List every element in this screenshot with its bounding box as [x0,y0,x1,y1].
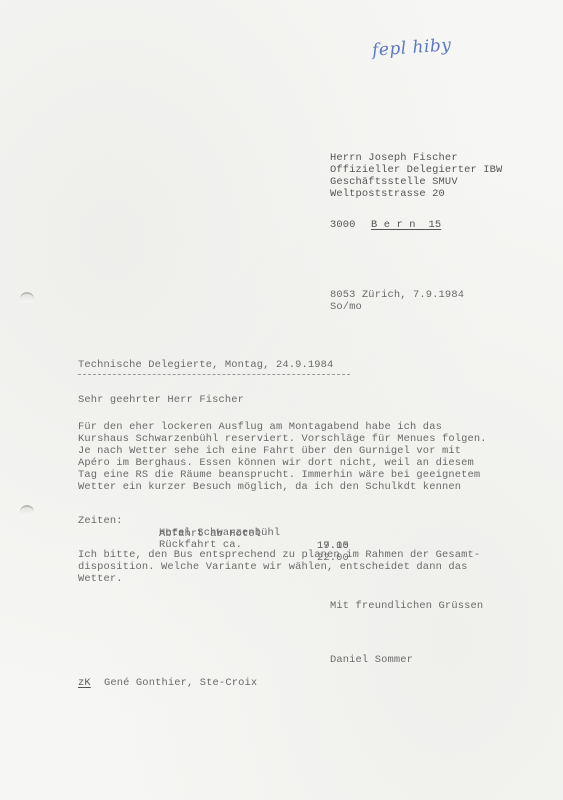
cc-line: zK [78,677,91,689]
recipient-line: Offizieller Delegierter IBW [330,164,502,176]
place-date: 8053 Zürich, 7.9.1984 [330,289,464,301]
cc-recipient: Gené Gonthier, Ste-Croix [104,677,257,689]
body-line: Kurshaus Schwarzenbühl reserviert. Vorsc… [78,433,487,445]
recipient-postal-code: 3000 [330,219,356,231]
salutation: Sehr geehrter Herr Fischer [78,394,244,406]
body-line: Für den eher lockeren Ausflug am Montaga… [78,421,442,433]
body-line: Je nach Wetter sehe ich eine Fahrt über … [78,445,461,457]
schedule-event: Hotel Schwarzenbühl [159,527,280,539]
schedule-label: Zeiten: [78,515,123,527]
schedule-row: Rückfahrt ca. 22.00 [0,527,38,539]
reference-initials: So/mo [330,301,362,313]
recipient-city: B e r n 15 [371,219,441,231]
recipient-line: Herrn Joseph Fischer [330,152,458,164]
body-line: Ich bitte, den Bus entsprechend zu plane… [78,549,480,561]
letter-page: fepl hiby Herrn Joseph Fischer Offiziell… [0,0,563,800]
body-line: Apéro im Berghaus. Essen können wir dort… [78,457,474,469]
body-line: disposition. Welche Variante wir wählen,… [78,561,468,573]
punch-hole-icon [20,292,34,303]
schedule-row: Hotel Schwarzenbühl 19.00 [0,515,38,527]
closing: Mit freundlichen Grüssen [330,600,483,612]
body-line: Wetter ein kurzer Besuch möglich, da ich… [78,481,461,493]
subject-underline [78,374,350,375]
recipient-line: Weltpoststrasse 20 [330,188,445,200]
schedule-row: Zeiten: Abfahrt ab Hotel 17.15 [0,503,38,515]
subject-line: Technische Delegierte, Montag, 24.9.1984 [78,359,333,371]
recipient-line: Geschäftsstelle SMUV [330,176,458,188]
body-line: Tag eine RS die Räume beansprucht. Immer… [78,469,480,481]
cc-label: zK [78,677,91,689]
signatory-name: Daniel Sommer [330,654,413,666]
body-line: Wetter. [78,573,123,585]
handwritten-note: fepl hiby [371,35,452,60]
